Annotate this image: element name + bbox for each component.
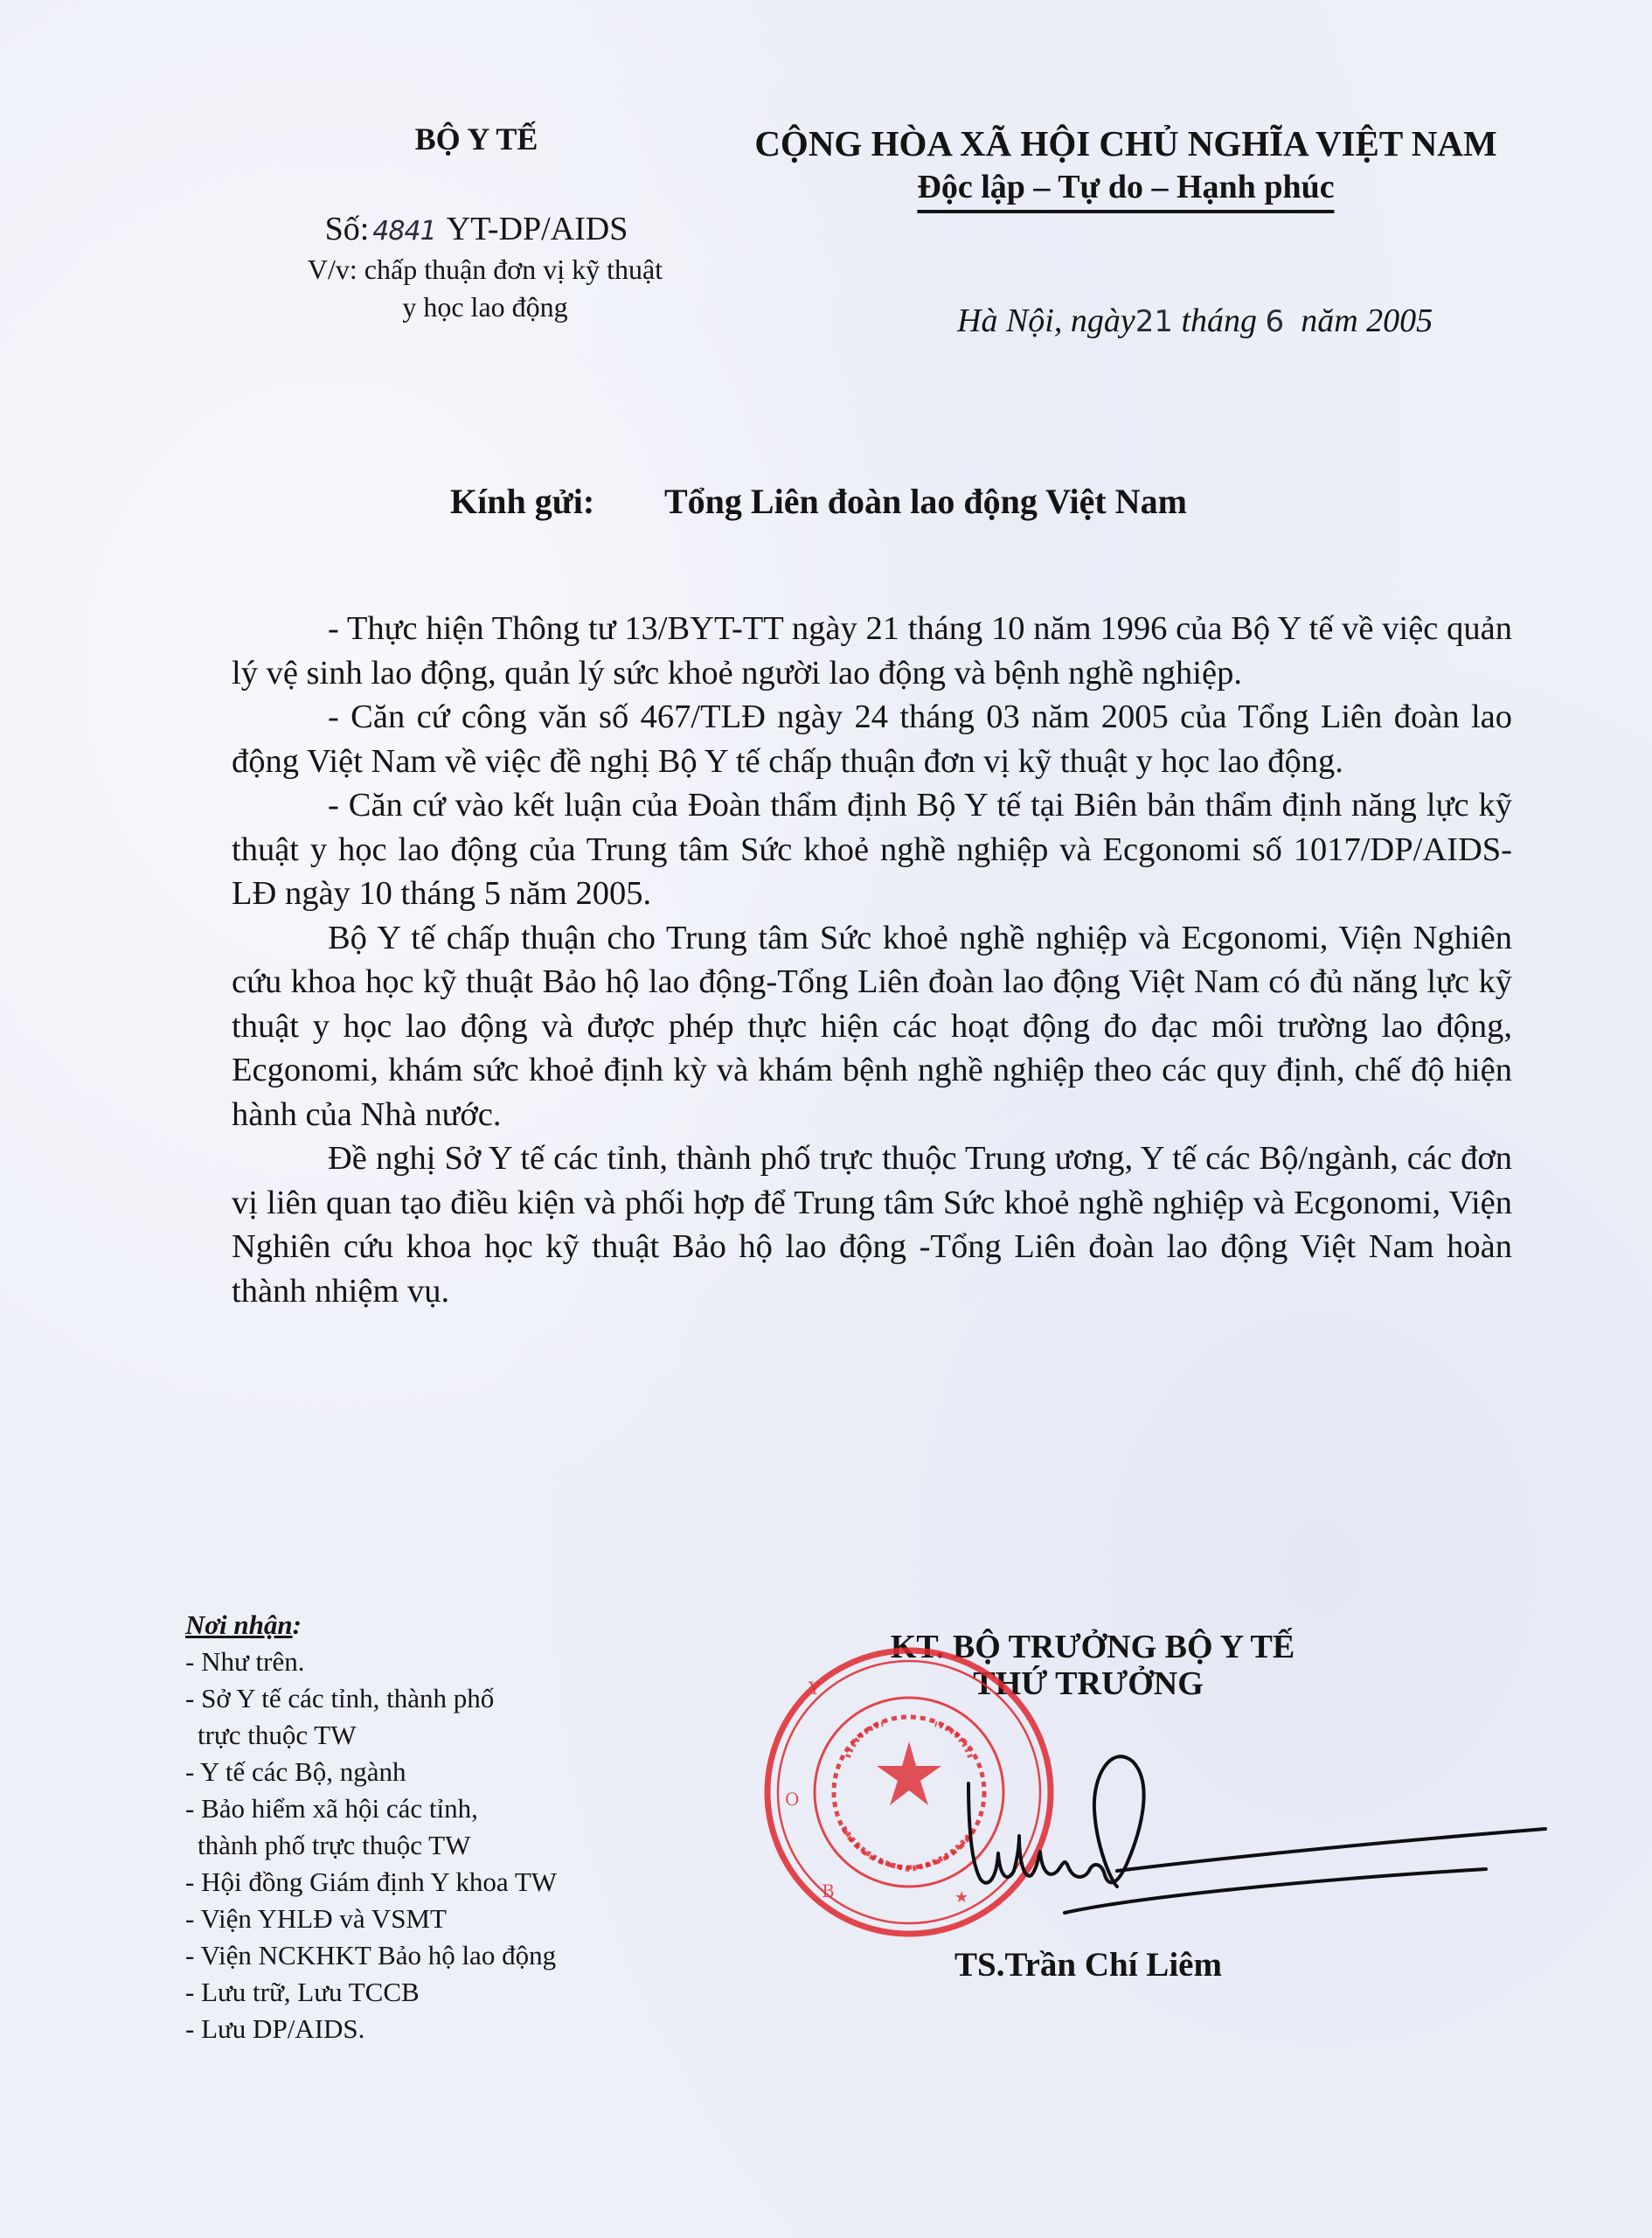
date-day: 21: [1135, 304, 1173, 339]
distribution-item: trực thuộc TW: [185, 1717, 557, 1754]
distribution-item: - Y tế các Bộ, ngành: [185, 1754, 557, 1790]
document-number-suffix: YT-DP/AIDS: [447, 211, 628, 247]
date-place: Hà Nội, ngày: [957, 302, 1135, 339]
body-paragraph: - Căn cứ công văn số 467/TLĐ ngày 24 thá…: [232, 695, 1512, 783]
document-number: Số:4841 YT-DP/AIDS: [325, 210, 628, 248]
distribution-item: - Lưu trữ, Lưu TCCB: [185, 1974, 557, 2011]
distribution-item: - Hội đồng Giám định Y khoa TW: [185, 1864, 557, 1901]
date-month-label: tháng: [1181, 302, 1257, 339]
distribution-title: Nơi nhận:: [185, 1607, 557, 1644]
document-number-handwritten: 4841: [372, 216, 435, 247]
national-title: CỘNG HÒA XÃ HỘI CHỦ NGHĨA VIỆT NAM: [754, 122, 1496, 164]
subject-line-1: V/v: chấp thuận đơn vị kỹ thuật: [308, 254, 663, 286]
body-paragraph: - Thực hiện Thông tư 13/BYT-TT ngày 21 t…: [232, 607, 1512, 695]
national-motto: Độc lập – Tự do – Hạnh phúc: [917, 168, 1334, 213]
issuing-agency: BỘ Y TẾ: [415, 121, 538, 157]
body-paragraph: Đề nghị Sở Y tế các tỉnh, thành phố trực…: [232, 1136, 1512, 1313]
body-paragraph: - Căn cứ vào kết luận của Đoàn thẩm định…: [232, 783, 1512, 916]
distribution-item: - Như trên.: [185, 1644, 557, 1680]
svg-text:Y: Y: [808, 1678, 821, 1699]
document-number-label: Số:: [325, 211, 370, 247]
distribution-items: - Như trên.- Sở Y tế các tỉnh, thành phố…: [185, 1644, 557, 2047]
signatory-name: TS.Trần Chí Liêm: [954, 1945, 1222, 1984]
handwritten-signature-icon: [961, 1748, 1556, 1923]
distribution-item: thành phố trực thuộc TW: [185, 1827, 557, 1864]
recipient-name: Tổng Liên đoàn lao động Việt Nam: [664, 482, 1187, 521]
distribution-list: Nơi nhận: - Như trên.- Sở Y tế các tỉnh,…: [185, 1607, 557, 2047]
svg-text:B: B: [822, 1880, 835, 1901]
distribution-item: - Viện NCKHKT Bảo hộ lao động: [185, 1937, 557, 1974]
date-month: 6: [1266, 304, 1285, 339]
distribution-item: - Sở Y tế các tỉnh, thành phố: [185, 1680, 557, 1717]
body-paragraph: Bộ Y tế chấp thuận cho Trung tâm Sức kho…: [232, 916, 1512, 1137]
distribution-item: - Viện YHLĐ và VSMT: [185, 1901, 557, 1937]
recipient-line: Kính gửi:Tổng Liên đoàn lao động Việt Na…: [450, 481, 1187, 522]
subject-line-2: y học lao động: [402, 291, 567, 323]
date-year: năm 2005: [1301, 302, 1433, 339]
recipient-label: Kính gửi:: [450, 481, 664, 522]
distribution-item: - Lưu DP/AIDS.: [185, 2011, 557, 2047]
svg-text:O: O: [785, 1789, 799, 1810]
date-line: Hà Nội, ngày21 tháng 6 năm 2005: [957, 302, 1433, 340]
letter-body: - Thực hiện Thông tư 13/BYT-TT ngày 21 t…: [232, 607, 1512, 1313]
distribution-item: - Bảo hiểm xã hội các tỉnh,: [185, 1790, 557, 1827]
